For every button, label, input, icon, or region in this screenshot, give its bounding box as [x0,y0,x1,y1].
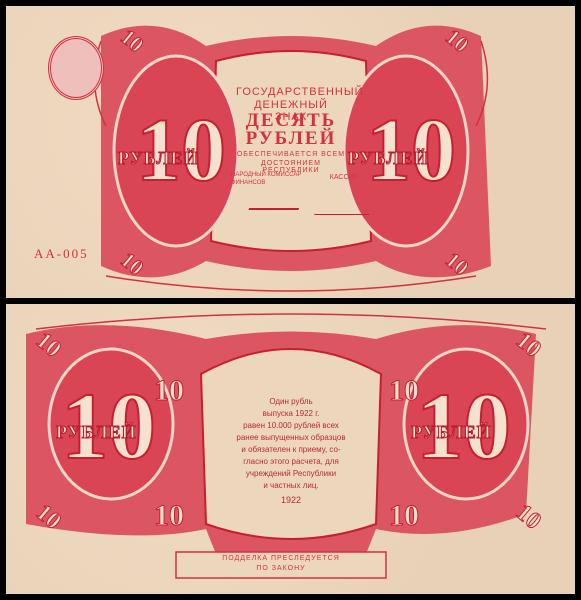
signature-commissar [248,196,303,210]
signature-cashier [314,204,373,215]
mid-10-bl: 10 [154,499,184,533]
warning-line-1: ПОДДЕЛКА ПРЕСЛЕДУЕТСЯ [176,555,386,562]
mid-10-tr: 10 [389,374,419,408]
commissar-title-2: ФИНАНСОВ [231,180,311,186]
title-line-1: ГОСУДАРСТВЕННЫЙ [236,86,346,98]
rubley-right: РУБЛЕЙ [411,422,492,443]
commissar-title: НАРОДНЫЙ КОМИССАР [231,172,311,178]
cashier-title: КАССИР [324,174,364,181]
serial-number: АА-005 [34,246,89,262]
warning-line-2: ПО ЗАКОНУ [176,565,386,572]
exchange-text: Один рубль выпуска 1922 г. равен 10.000 … [206,396,376,506]
rubley-right: РУБЛЕЙ [348,148,429,169]
backing-line-1: ОБЕСПЕЧИВАЕТСЯ ВСЕМ [236,151,346,158]
rubley-left: РУБЛЕЙ [118,148,199,169]
denomination-words-2: РУБЛЕЙ [231,128,351,150]
banknote-front: ГОСУДАРСТВЕННЫЙ ДЕНЕЖНЫЙ ЗНАК ДЕСЯТЬ РУБ… [6,6,575,298]
coat-of-arms-icon [48,36,104,100]
issue-year: 1922 [206,494,376,506]
banknote-back: 10 РУБЛЕЙ 10 РУБЛЕЙ 10 10 10 10 10 10 10… [6,304,575,594]
mid-10-tl: 10 [154,374,184,408]
mid-10-br: 10 [389,499,419,533]
rubley-left: РУБЛЕЙ [56,422,137,443]
